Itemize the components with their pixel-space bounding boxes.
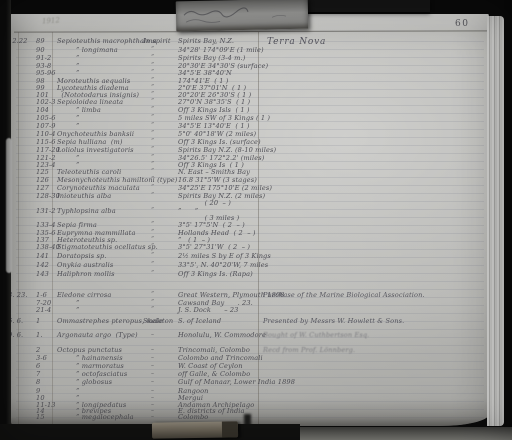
cell-st: ”	[151, 115, 154, 122]
cell-st: –	[151, 363, 154, 370]
cell-st: ”	[151, 244, 154, 251]
cell-loc: J. S. Dock – 23	[178, 307, 239, 314]
cell-st: ”	[151, 185, 154, 192]
cell-st: ”	[151, 271, 154, 278]
cell-no: 1	[36, 318, 40, 325]
clamp-shadow	[300, 0, 430, 12]
pencil-mark: 1912	[42, 16, 60, 25]
cell-st: ”	[151, 55, 154, 62]
cell-sp: Doratopsis sp.	[57, 253, 107, 260]
register-row: 9. 6.1.Argonauta argo (Type)–Honolulu, W…	[0, 332, 512, 341]
cell-sp: Stigmatoteuthis ocellatus sp.	[57, 244, 158, 251]
cell-st: In spirit	[143, 38, 171, 45]
cell-st: ”	[151, 292, 154, 299]
cell-st: –	[151, 347, 154, 354]
cell-sp: ” globosus	[76, 379, 112, 386]
cell-no: 142	[36, 262, 49, 269]
page-edge-highlight	[6, 138, 12, 273]
cell-st: ”	[151, 169, 154, 176]
cell-note: Recd from Prof. Lönnberg.	[263, 347, 355, 354]
register-row: 6. 6.1Ommastrephes pteropus, maleSkeleto…	[0, 318, 512, 327]
cell-st: ”	[151, 123, 154, 130]
cell-st: ”	[151, 139, 154, 146]
cell-no: 89	[36, 38, 45, 45]
photo-background-bottom	[0, 424, 300, 440]
cell-st: ”	[151, 222, 154, 229]
cell-no: 1.	[36, 332, 43, 339]
cell-loc: 2½ miles S by E of 3 Kings	[178, 253, 271, 260]
page-number: 60	[455, 19, 469, 29]
cell-st: ”	[151, 177, 154, 184]
cell-st: –	[151, 379, 154, 386]
cell-sp: Argonauta argo (Type)	[57, 332, 138, 339]
cell-st: ”	[151, 307, 154, 314]
register-row: 143Haliphron mollis”Off 3 Kings Is. (Rap…	[0, 271, 512, 280]
cell-st: ”	[151, 131, 154, 138]
cell-st: ”	[151, 107, 154, 114]
cell-note: Presented by Messrs W. Howlett & Sons.	[263, 318, 404, 325]
cell-loc: 33°5', N. 40°20'W, 7 miles	[178, 262, 268, 269]
cell-no: 141	[36, 253, 49, 260]
cell-st: Skeleton	[143, 318, 173, 325]
ledger-photo: 1912 60 12.2289Sepioteuthis macrophthalm…	[0, 0, 512, 440]
cell-loc: Spirits Bay, N.Z.	[178, 38, 234, 45]
cell-sp: ” limba	[76, 107, 101, 114]
photo-background-right	[504, 0, 512, 440]
cell-no: 143	[36, 271, 49, 278]
cell-sp: Eledone cirrosa	[57, 292, 111, 299]
cell-loc: S. of Iceland	[178, 318, 221, 325]
cell-st: ”	[151, 208, 154, 215]
cell-loc: Off 3 Kings Is. (Rapa)	[178, 271, 253, 278]
cell-st: ”	[151, 193, 154, 200]
cell-st: ”	[151, 262, 154, 269]
cell-st: –	[151, 371, 154, 378]
cell-st: –	[151, 332, 154, 339]
cell-note: Purchase of the Marine Biological Associ…	[263, 292, 425, 299]
cell-note: Bought of W. Cuthbertson Esq.	[263, 332, 369, 339]
cell-sp: Haliphron mollis	[57, 271, 115, 278]
cell-loc: Honolulu, W. Commodore	[178, 332, 266, 339]
cell-no: 21-4	[36, 307, 51, 314]
cell-loc: Gulf of Manaar, Lower India 1898	[178, 379, 295, 386]
register-row: 21-4””J. S. Dock – 23	[0, 307, 512, 316]
paperweight	[152, 421, 238, 438]
cell-st: –	[151, 355, 154, 362]
spine-label	[176, 0, 309, 31]
cell-st: ”	[151, 253, 154, 260]
cell-st: ”	[151, 47, 154, 54]
cell-sp: Sepioteuthis macrophthalma	[57, 38, 157, 45]
cell-sp: Loliolus investigatoris	[57, 147, 134, 154]
page-edges	[487, 16, 504, 426]
cell-sp: ” longimana	[76, 47, 118, 54]
table-surface	[300, 427, 512, 440]
cell-no: 8	[36, 379, 40, 386]
paperweight-end	[222, 421, 238, 437]
cell-sp: Onykia australis	[57, 262, 113, 269]
cell-st: ”	[151, 99, 154, 106]
cell-st: ”	[151, 70, 154, 77]
cell-loc: 3°5' 27°31'W ( 2 – )	[178, 244, 250, 251]
cell-st: ”	[151, 147, 154, 154]
cell-sp: ”	[76, 307, 80, 314]
label-handwriting-scribble	[176, 0, 309, 31]
